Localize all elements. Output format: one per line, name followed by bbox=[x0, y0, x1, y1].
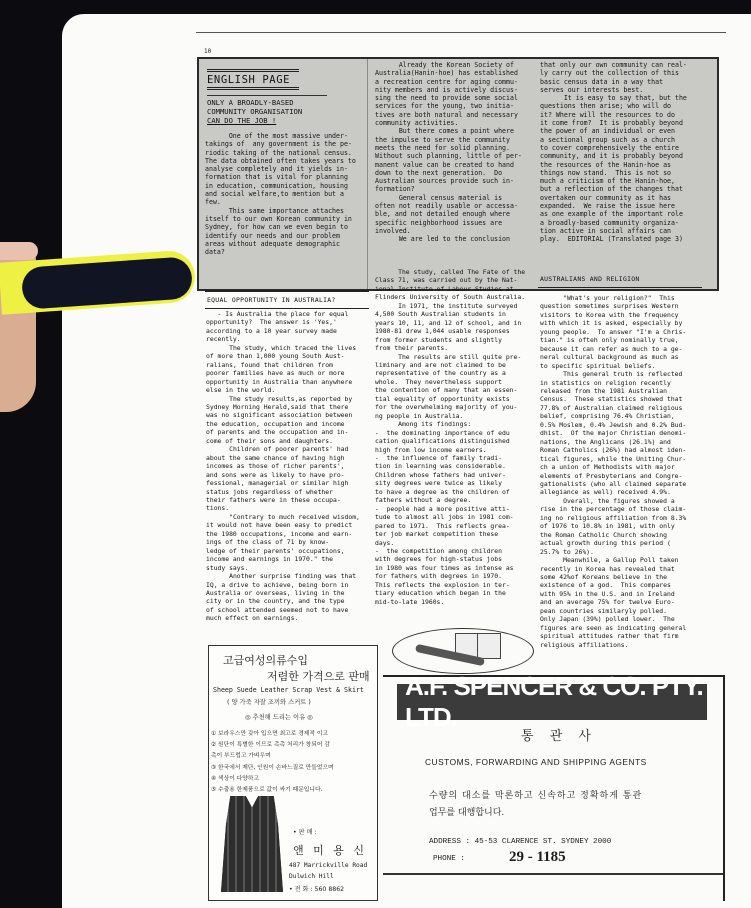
ad-title-2: 저렴한 가격으로 판매 bbox=[267, 668, 370, 684]
top-rule bbox=[196, 32, 726, 33]
ad-address-line-1: 487 Marrickville Road bbox=[289, 862, 367, 869]
suede-vest-photo bbox=[221, 796, 283, 892]
korean-description-2: 업무를 대행합니다. bbox=[429, 805, 504, 818]
phone-label: PHONE : bbox=[433, 855, 465, 863]
korean-clothing-ad: 고급여성의류수입 저렴한 가격으로 판매 Sheep Suede Leather… bbox=[208, 645, 378, 901]
ad-reason-5: ⑤ 수출용 한제품으로 값이 싸기 때문입니다. bbox=[211, 784, 322, 793]
editorial-column-3: that only our own community can real- ly… bbox=[540, 61, 712, 244]
ad-address-line-2: Dulwich Hill bbox=[289, 873, 334, 880]
headline-line-3: CAN DO THE JOB ! bbox=[207, 116, 276, 125]
editorial-column-2: Already the Korean Society of Australia(… bbox=[375, 61, 537, 244]
services-line: CUSTOMS, FORWARDING AND SHIPPING AGENTS bbox=[425, 757, 647, 767]
religion-headline: AUSTRALIANS AND RELIGION bbox=[538, 271, 702, 288]
equal-opportunity-continued: The study, called The Fate of the Class … bbox=[375, 268, 545, 606]
editorial-column-1: One of the most massive under- takings o… bbox=[205, 132, 365, 256]
ad-shop-name: 앤 미 용 신 bbox=[293, 842, 367, 858]
fingertip bbox=[0, 242, 38, 260]
ad-sales-label: • 판 매 : bbox=[293, 827, 317, 836]
editorial-box: ENGLISH PAGE ONLY A BROADLY-BASED COMMUN… bbox=[197, 57, 719, 291]
korean-company-name: 통 관 사 bbox=[521, 725, 597, 744]
spencer-shipping-ad: A.F. SPENCER & CO. PTY. LTD. 통 관 사 CUSTO… bbox=[383, 675, 725, 901]
company-address: ADDRESS : 45-53 CLARENCE ST. SYDNEY 2000 bbox=[429, 838, 611, 846]
ad-reason-4: ④ 색상이 다양하고 bbox=[211, 773, 259, 782]
company-name: A.F. SPENCER & CO. PTY. LTD. bbox=[405, 671, 707, 733]
ad-title-1: 고급여성의류수입 bbox=[223, 652, 308, 668]
ad-phone: • 전 화 : 560 8862 bbox=[289, 884, 344, 893]
ad-reasons-title: ◎ 추천해 드리는 이유 ◎ bbox=[245, 712, 313, 721]
book-quill-illustration bbox=[392, 628, 534, 674]
ad-reason-3: ③ 한국에서 제단, 인원이 손바느질로 만들었으며 bbox=[211, 762, 334, 771]
equal-opportunity-headline: EQUAL OPPORTUNITY IN AUSTRALIA? bbox=[205, 290, 369, 309]
korean-description-1: 수량의 대소를 막론하고 신속하고 정확하게 통관 bbox=[429, 788, 642, 801]
ad-reason-1: ① 보라우스만 갖아 입으면 최고로 경제적 이고 bbox=[211, 728, 328, 737]
headline-line-1: ONLY A BROADLY-BASED bbox=[207, 98, 294, 107]
ad-bottom-rule bbox=[383, 873, 723, 875]
ad-product-english: Sheep Suede Leather Scrap Vest & Skirt bbox=[213, 686, 364, 694]
ad-reason-2: ② 원단이 특별한 이므로 촉촉 처리가 창되어 감 bbox=[211, 739, 330, 748]
column-divider bbox=[367, 59, 368, 289]
page-number: 10 bbox=[204, 48, 211, 55]
headline-line-2: COMMUNITY ORGANISATION bbox=[207, 107, 302, 116]
ad-product-korean: ( 양 가죽 자잘 조끼와 스커트 ) bbox=[227, 697, 311, 706]
editorial-headline: ONLY A BROADLY-BASED COMMUNITY ORGANISAT… bbox=[207, 95, 327, 125]
phone-number: 29 - 1185 bbox=[509, 849, 566, 866]
company-banner: A.F. SPENCER & CO. PTY. LTD. bbox=[397, 684, 707, 720]
equal-opportunity-body: - Is Australia the place for equal oppor… bbox=[206, 310, 374, 623]
ad-reason-2-cont: 촉이 부드럽고 가벼우며 bbox=[211, 750, 271, 759]
section-title: ENGLISH PAGE bbox=[207, 69, 299, 90]
religion-body: "What's your religion?" This question so… bbox=[540, 294, 720, 649]
